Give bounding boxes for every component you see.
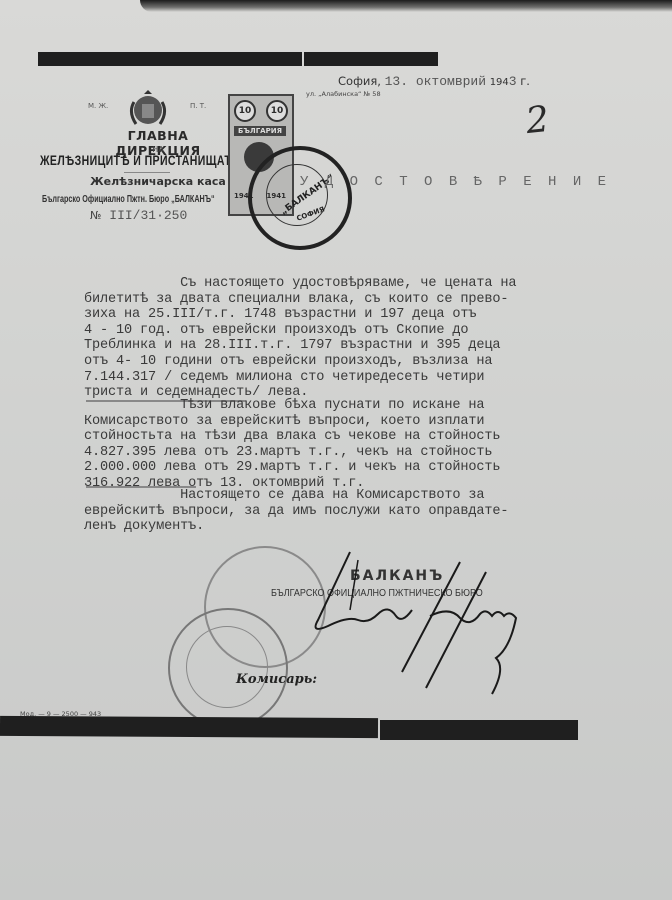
text-line: Комисарството за еврейскитѣ въпроси, кое… — [84, 414, 500, 430]
year-prefix: 194 — [490, 77, 509, 88]
header-railways: ЖЕЛѢЗНИЦИТѢ И ПРИСТАНИЩАТ. — [40, 153, 235, 168]
text-line: 7.144.317 / седемъ милиона сто четиредес… — [84, 370, 516, 386]
text-line: стойностьта на тѣзи два влака съ чекове … — [84, 429, 500, 445]
typed-date: 13. октомврий — [385, 74, 486, 89]
document-title: У Д О С Т О В Ѣ Р Е Н И Е — [300, 174, 610, 190]
address: ул. „Алабинска“ № 58 — [306, 90, 381, 98]
text-line: отъ 4- 10 години отъ еврейски произходъ,… — [84, 354, 516, 370]
handwritten-page-number: 2 — [524, 99, 551, 142]
ministry-code-right: П. Т. — [190, 102, 206, 110]
text-line: Треблинка и на 28.III.т.г. 1797 възрастн… — [84, 338, 516, 354]
commissariat-seal — [168, 608, 288, 728]
city: София, — [338, 74, 381, 88]
emblem-row: М. Ж. П. Т. — [88, 88, 218, 128]
year-unit: г. — [520, 74, 530, 88]
text-line: ленъ документъ. — [84, 519, 508, 535]
footer-bar-right — [380, 720, 578, 740]
header-divider — [124, 172, 170, 173]
text-line: 2.000.000 лева отъ 29.мартъ т.г. и чекъ … — [84, 460, 500, 476]
text-line: 4.827.395 лева отъ 23.мартъ т.г., чекъ н… — [84, 445, 500, 461]
paragraph-2: Тѣзи влакове бѣха пуснати по искане наКо… — [84, 398, 500, 492]
year-suffix: 3 — [509, 74, 517, 89]
text-line: билетитѣ за двата специални влака, съ ко… — [84, 292, 516, 308]
stamp-country: БЪЛГАРИЯ — [234, 126, 286, 136]
balkan-bureau-seal: „БАЛКАНЪ“ СОФИЯ — [248, 146, 352, 250]
text-line: Настоящето се дава на Комисарството за — [84, 488, 508, 504]
text-line: еврейскитѣ въпроси, за да имъ послужи ка… — [84, 504, 508, 520]
place-and-date: София, 13. октомврий 1943 г. — [338, 74, 530, 89]
letterhead-bar-right — [304, 52, 438, 66]
seal-inner-ring — [186, 626, 268, 708]
text-line: 4 - 10 год. отъ еврейски произходъ отъ С… — [84, 323, 516, 339]
stamp-denomination-left: 10 — [234, 100, 256, 122]
header-bureau: Българско Официално Пжтн. Бюро „БАЛКАНЪ“ — [42, 194, 215, 205]
text-line: Съ настоящето удостовѣряваме, че цената … — [84, 276, 516, 292]
coat-of-arms-icon — [124, 88, 172, 128]
photo-edge-shadow — [140, 0, 672, 12]
number-sign: № — [90, 209, 101, 222]
ministry-code-left: М. Ж. — [88, 102, 108, 110]
text-line: зиха на 25.III/т.г. 1748 възрастни и 197… — [84, 307, 516, 323]
footer-bar-left — [0, 716, 378, 738]
paragraph-1: Съ настоящето удостовѣряваме, че цената … — [84, 276, 516, 401]
paragraph-3: Настоящето се дава на Комисарството заев… — [84, 488, 508, 535]
reference-number: № III/31·250 — [90, 208, 187, 223]
reference-value: III/31·250 — [109, 208, 187, 223]
letterhead-bar-left — [38, 52, 302, 66]
handwritten-signature — [290, 550, 530, 700]
stamp-denomination-right: 10 — [266, 100, 288, 122]
text-line: Тѣзи влакове бѣха пуснати по искане на — [84, 398, 500, 414]
